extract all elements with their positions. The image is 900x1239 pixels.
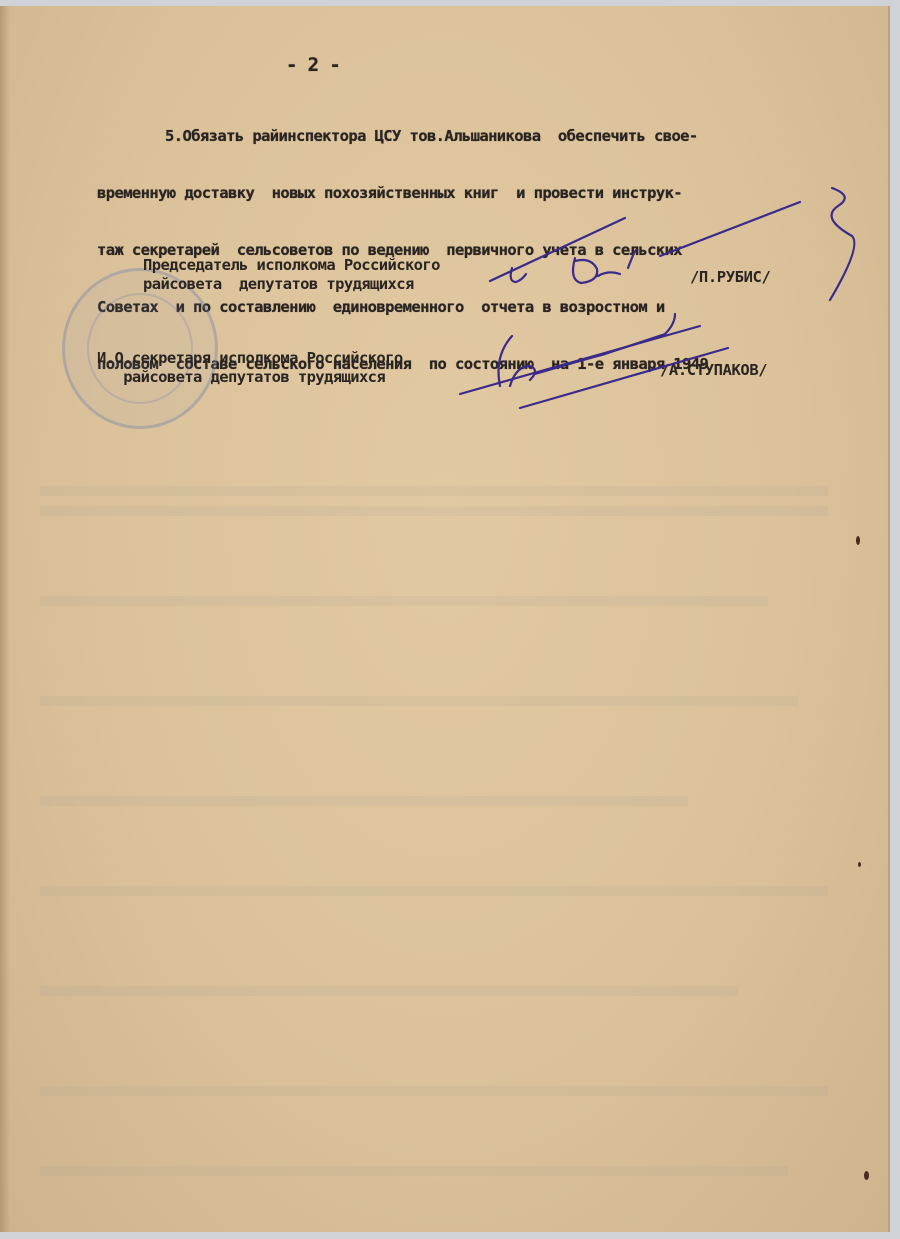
document-page: - 2 - 5.Обязать райинспектора ЦСУ тов.Ал… [0, 6, 888, 1232]
paper-speck [858, 862, 861, 867]
bleed-through-text [40, 506, 828, 516]
bleed-through-text [40, 596, 768, 606]
bleed-through-text [40, 696, 798, 706]
bleed-through-text [40, 1086, 828, 1096]
bleed-through-text [40, 886, 828, 896]
paper-speck [864, 1171, 869, 1180]
paper-speck [856, 536, 860, 545]
bleed-through-text [40, 986, 738, 996]
handwritten-signatures [0, 6, 900, 456]
bleed-through-text [40, 796, 688, 806]
bleed-through-text [40, 486, 828, 496]
bleed-through-text [40, 1166, 788, 1176]
